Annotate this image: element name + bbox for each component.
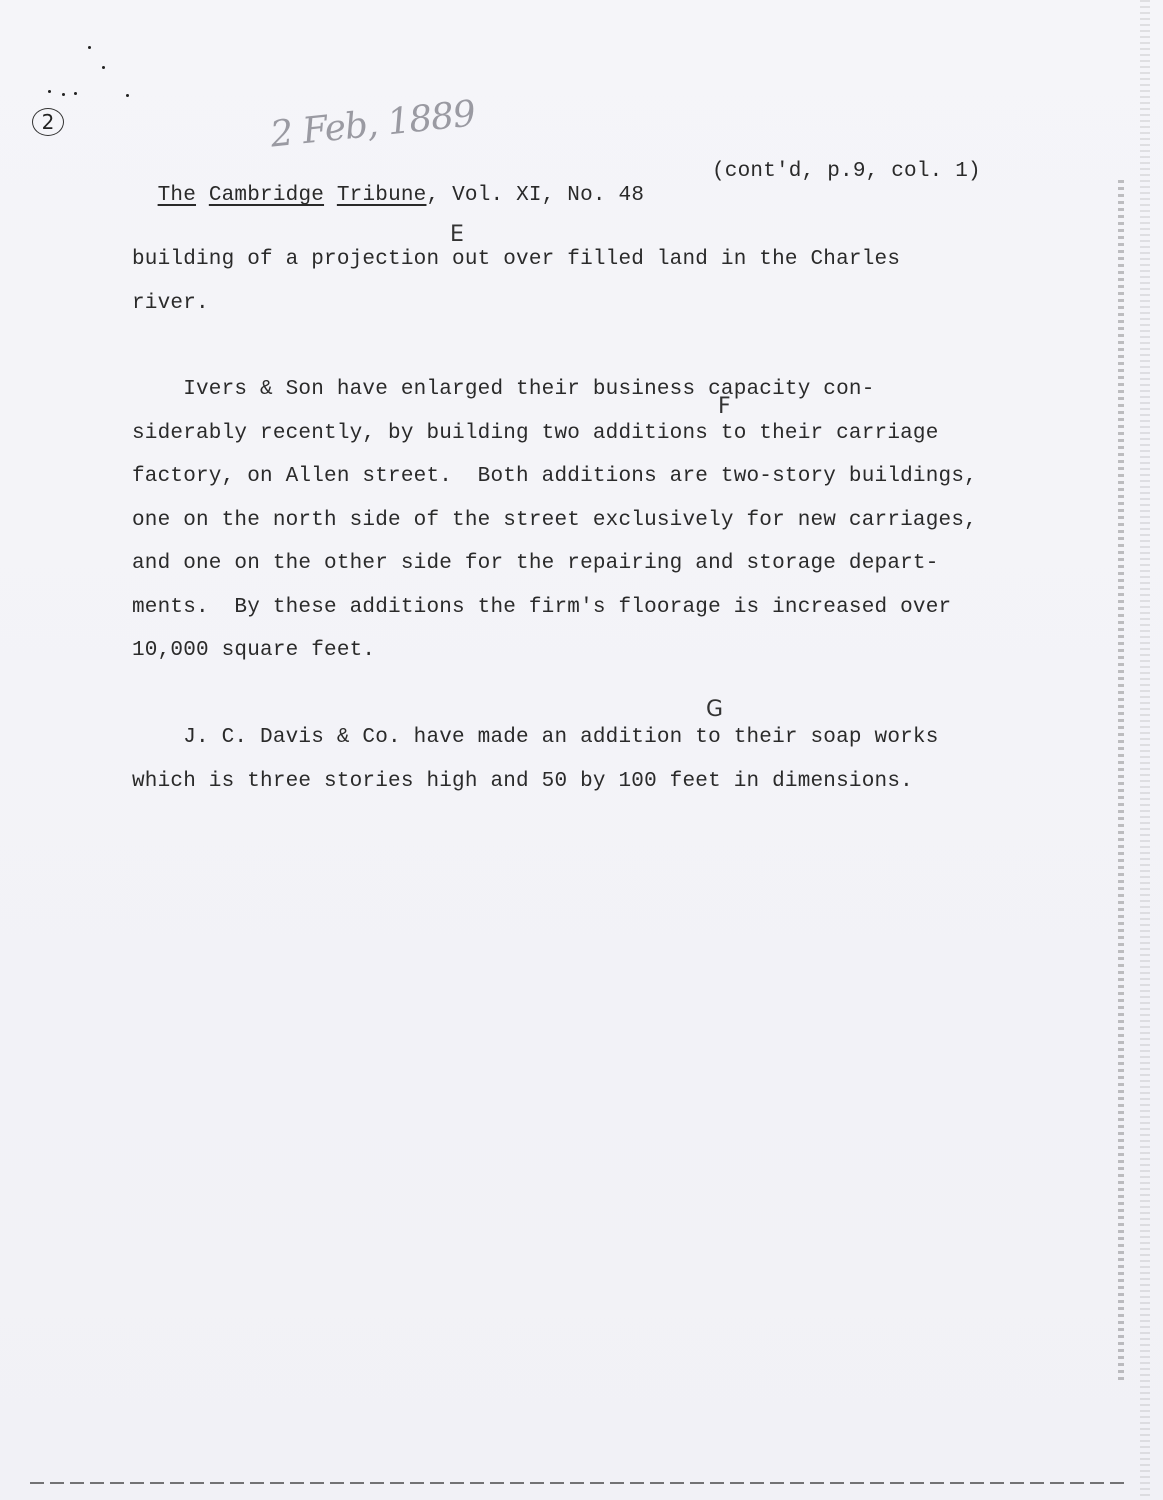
text-line: 10,000 square feet. [132,639,375,663]
margin-mark-e: E [450,222,464,247]
text-line: J. C. Davis & Co. have made an addition … [132,726,939,750]
text-line: siderably recently, by building two addi… [132,422,939,446]
pub-title-tribune: Tribune [337,184,427,207]
circled-page-number: 2 [32,108,64,136]
text-line: river. [132,292,209,316]
pub-title-the: The [158,184,196,207]
text-line: ments. By these additions the firm's flo… [132,596,951,620]
continuation-note: (cont'd, p.9, col. 1) [712,160,981,184]
text-line: factory, on Allen street. Both additions… [132,465,977,489]
scan-edge-artifact [1140,0,1150,1500]
pub-title-cambridge: Cambridge [209,184,324,207]
text-line: Ivers & Son have enlarged their business… [132,378,875,402]
text-line: one on the north side of the street excl… [132,509,977,533]
volume-info: , Vol. XI, No. 48 [426,184,644,207]
citation-header: The Cambridge Tribune, Vol. XI, No. 48 [132,160,644,208]
margin-mark-g: G [706,697,723,722]
scan-bottom-rule [30,1482,1130,1484]
text-line: and one on the other side for the repair… [132,552,939,576]
scan-edge-artifact [1118,180,1124,1380]
text-line: building of a projection out over filled… [132,248,900,272]
text-line: which is three stories high and 50 by 10… [132,770,913,794]
document-page [0,0,1163,1500]
